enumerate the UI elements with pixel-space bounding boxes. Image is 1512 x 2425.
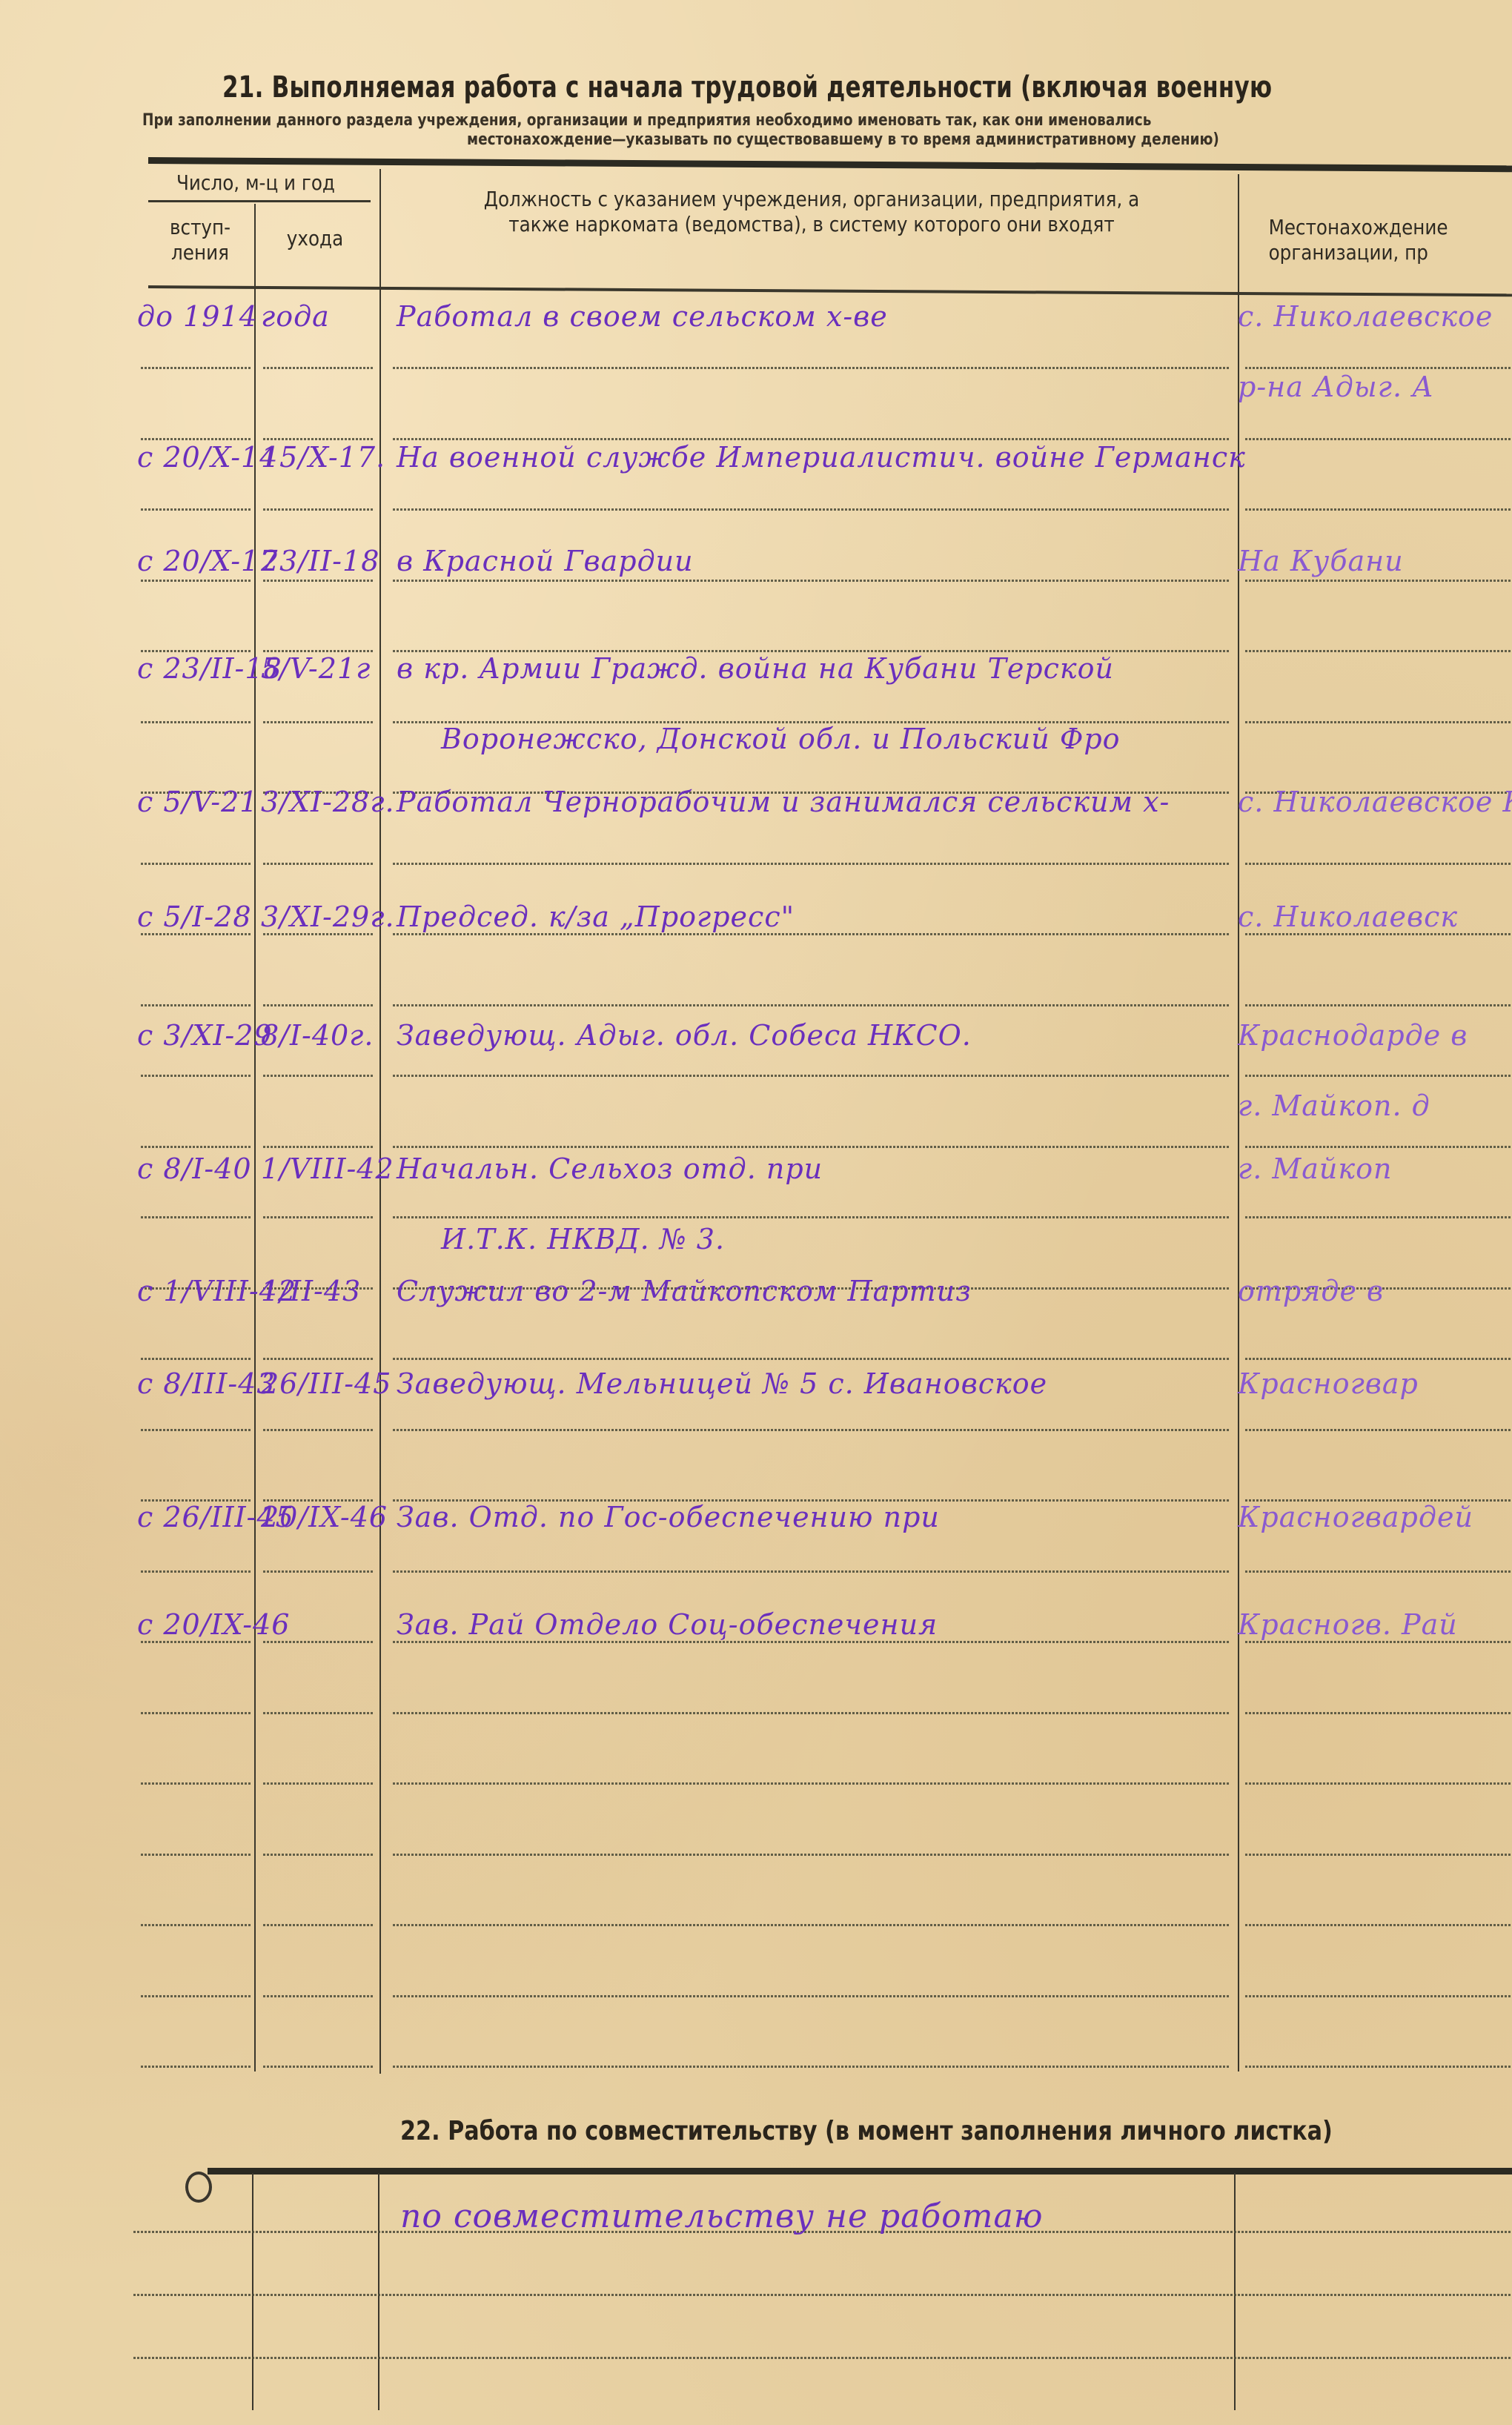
section-22-top-rule: [208, 2168, 1512, 2174]
ruled-line: [393, 1712, 1230, 1714]
ruled-line: [141, 1358, 252, 1360]
header-start: вступ- ления: [148, 215, 253, 265]
location-text: с. Николаевское Красногвардейск р-на Ады…: [1238, 786, 1512, 818]
section-22-divider-1: [252, 2173, 253, 2410]
section-22-title: 22. Работа по совместительству (в момент…: [400, 2116, 1333, 2146]
position-text: Служил во 2-м Майкопском Партиз: [397, 1275, 972, 1307]
ruled-line: [141, 1782, 252, 1785]
ruled-line: [393, 367, 1230, 369]
end-date: 3/XI-28г.: [261, 786, 395, 818]
ruled-line: [263, 1146, 374, 1148]
location-text: Красногвар: [1238, 1367, 1419, 1400]
section-22-entry: по совместительству не работаю: [400, 2197, 1043, 2235]
ruled-line: [263, 580, 374, 582]
ruled-line: [141, 1854, 252, 1856]
ruled-line: [141, 438, 252, 440]
ruled-line: [1245, 2066, 1512, 2068]
column-divider-start-end: [254, 204, 256, 2071]
ruled-line: [263, 1358, 374, 1360]
ruled-line: [263, 2066, 374, 2068]
location-text: р-на Адыг. А: [1238, 371, 1434, 403]
end-date: 3/XI-29г.: [261, 900, 395, 933]
ruled-line: [263, 1712, 374, 1714]
ruled-line: [1245, 1358, 1512, 1360]
ruled-line: [393, 1075, 1230, 1077]
end-date: года: [261, 300, 330, 333]
ruled-line: [1245, 650, 1512, 652]
ruled-line: [1245, 933, 1512, 935]
location-text: На Кубани: [1238, 545, 1404, 577]
position-text: Председ. к/за „Прогресс": [397, 900, 795, 933]
position-text: Работал в своем сельском х-ве: [397, 300, 888, 333]
start-date: с 5/I-28: [137, 900, 252, 933]
ruled-line: [393, 1570, 1230, 1573]
header-end: ухода: [266, 226, 364, 251]
section-22-divider-3: [1234, 2173, 1236, 2410]
ruled-line: [393, 1216, 1230, 1218]
position-text: Заведующ. Мельницей № 5 с. Ивановское: [397, 1367, 1047, 1400]
ruled-line: [141, 2066, 252, 2068]
section-22-rule: [133, 2294, 1512, 2296]
position-text: На военной службе Империалистич. войне Г…: [397, 441, 1246, 474]
ruled-line: [393, 1004, 1230, 1006]
start-date: с 8/I-40: [137, 1152, 252, 1185]
location-text: Красногв. Рай: [1238, 1608, 1458, 1641]
ruled-line: [141, 933, 252, 935]
position-text: Заведующ. Адыг. обл. Собеса НКСО.: [397, 1019, 972, 1052]
ruled-line: [141, 1146, 252, 1148]
ruled-line: [1245, 1641, 1512, 1643]
ruled-line: [1245, 1854, 1512, 1856]
ruled-line: [263, 863, 374, 865]
ruled-line: [393, 1641, 1230, 1643]
ruled-line: [141, 1004, 252, 1006]
ruled-line: [141, 1641, 252, 1643]
position-text: в кр. Армии Гражд. война на Кубани Терск…: [397, 652, 1114, 685]
ruled-line: [1245, 1004, 1512, 1006]
ruled-line: [1245, 1712, 1512, 1714]
position-text: Начальн. Сельхоз отд. при: [397, 1152, 823, 1185]
start-date: до 1914: [137, 300, 258, 333]
section-22-divider-2: [378, 2173, 379, 2410]
position-text: И.Т.К. НКВД. № 3.: [441, 1223, 725, 1255]
ruled-line: [1245, 1146, 1512, 1148]
header-date-group: Число, м-ц и год: [155, 170, 357, 196]
end-date: 20/IX-46: [261, 1501, 388, 1533]
ruled-line: [1245, 438, 1512, 440]
end-date: 23/II-18: [261, 545, 379, 577]
location-text: с. Николаевск: [1238, 900, 1458, 933]
ruled-line: [263, 1782, 374, 1785]
ruled-line: [263, 721, 374, 723]
ruled-line: [263, 1004, 374, 1006]
ruled-line: [393, 1146, 1230, 1148]
ruled-line: [1245, 1075, 1512, 1077]
ruled-line: [141, 580, 252, 582]
ruled-line: [141, 1924, 252, 1926]
start-date: с 20/X-17: [137, 545, 278, 577]
ruled-line: [1245, 721, 1512, 723]
ruled-line: [393, 1924, 1230, 1926]
section-21-note-line2: местонахождение—указывать по существовав…: [467, 130, 1219, 149]
header-date-divider: [148, 200, 371, 202]
ruled-line: [393, 1782, 1230, 1785]
ruled-line: [263, 367, 374, 369]
start-date: с 20/X-14: [137, 441, 278, 474]
end-date: 1/VIII-42: [261, 1152, 394, 1185]
ruled-line: [141, 1995, 252, 1997]
ruled-line: [263, 1924, 374, 1926]
position-text: Зав. Отд. по Гос-обеспечению при: [397, 1501, 940, 1533]
section-21-title: 21. Выполняемая работа с начала трудовой…: [222, 70, 1272, 105]
ruled-line: [393, 1429, 1230, 1431]
end-date: 1/II-43: [261, 1275, 361, 1307]
ruled-line: [1245, 580, 1512, 582]
ruled-line: [393, 1358, 1230, 1360]
end-date: 26/III-45: [261, 1367, 391, 1400]
ruled-line: [393, 933, 1230, 935]
header-bottom-rule: [148, 285, 1512, 296]
ruled-line: [263, 508, 374, 511]
start-date: с 20/IX-46: [137, 1608, 290, 1641]
ruled-line: [1245, 1995, 1512, 1997]
ruled-line: [1245, 1216, 1512, 1218]
ruled-line: [1245, 508, 1512, 511]
ruled-line: [263, 933, 374, 935]
ruled-line: [393, 580, 1230, 582]
ruled-line: [141, 508, 252, 511]
location-text: г. Майкоп. д: [1238, 1089, 1430, 1122]
ruled-line: [393, 1854, 1230, 1856]
position-text: Воронежско, Донской обл. и Польский Фро: [441, 723, 1121, 755]
ruled-line: [141, 1570, 252, 1573]
ruled-line: [1245, 1429, 1512, 1431]
ruled-line: [263, 1075, 374, 1077]
ruled-line: [263, 438, 374, 440]
ruled-line: [1245, 1570, 1512, 1573]
location-text: Краснодарде в: [1238, 1019, 1468, 1052]
ruled-line: [393, 863, 1230, 865]
ruled-line: [263, 1570, 374, 1573]
ruled-line: [393, 1995, 1230, 1997]
ruled-line: [141, 1075, 252, 1077]
ruled-line: [141, 1712, 252, 1714]
ruled-line: [263, 1995, 374, 1997]
location-text: отряде в: [1238, 1275, 1384, 1307]
end-date: 15/X-17.: [261, 441, 385, 474]
ruled-line: [141, 721, 252, 723]
ruled-line: [263, 1216, 374, 1218]
ruled-line: [263, 1429, 374, 1431]
start-date: с 3/XI-29: [137, 1019, 273, 1052]
ruled-line: [1245, 863, 1512, 865]
section-22-rule: [133, 2357, 1512, 2359]
location-text: Красногвардей: [1238, 1501, 1473, 1533]
circle-mark-icon: [185, 2172, 212, 2203]
end-date: 8/I-40г.: [261, 1019, 374, 1052]
position-text: в Красной Гвардии: [397, 545, 694, 577]
end-date: 5/V-21г: [261, 652, 371, 685]
ruled-line: [1245, 1782, 1512, 1785]
position-text: Работал Чернорабочим и занимался сельски…: [397, 786, 1170, 818]
ruled-line: [141, 1216, 252, 1218]
ruled-line: [141, 367, 252, 369]
header-location: Местонахождение организации, пр: [1269, 215, 1504, 265]
ruled-line: [141, 1429, 252, 1431]
ruled-line: [393, 2066, 1230, 2068]
ruled-line: [393, 508, 1230, 511]
ruled-line: [263, 1641, 374, 1643]
start-date: с 8/III-43: [137, 1367, 276, 1400]
ruled-line: [1245, 1924, 1512, 1926]
ruled-line: [141, 863, 252, 865]
start-date: с 5/V-21: [137, 786, 259, 818]
position-text: Зав. Рай Отдело Соц-обеспечения: [397, 1608, 938, 1641]
location-text: г. Майкоп: [1238, 1152, 1392, 1185]
header-position: Должность с указанием учреждения, органи…: [462, 187, 1161, 237]
ruled-line: [393, 438, 1230, 440]
location-text: с. Николаевское: [1238, 300, 1493, 333]
section-21-note-line1: При заполнении данного раздела учреждени…: [142, 111, 1151, 130]
ruled-line: [1245, 367, 1512, 369]
ruled-line: [263, 1854, 374, 1856]
